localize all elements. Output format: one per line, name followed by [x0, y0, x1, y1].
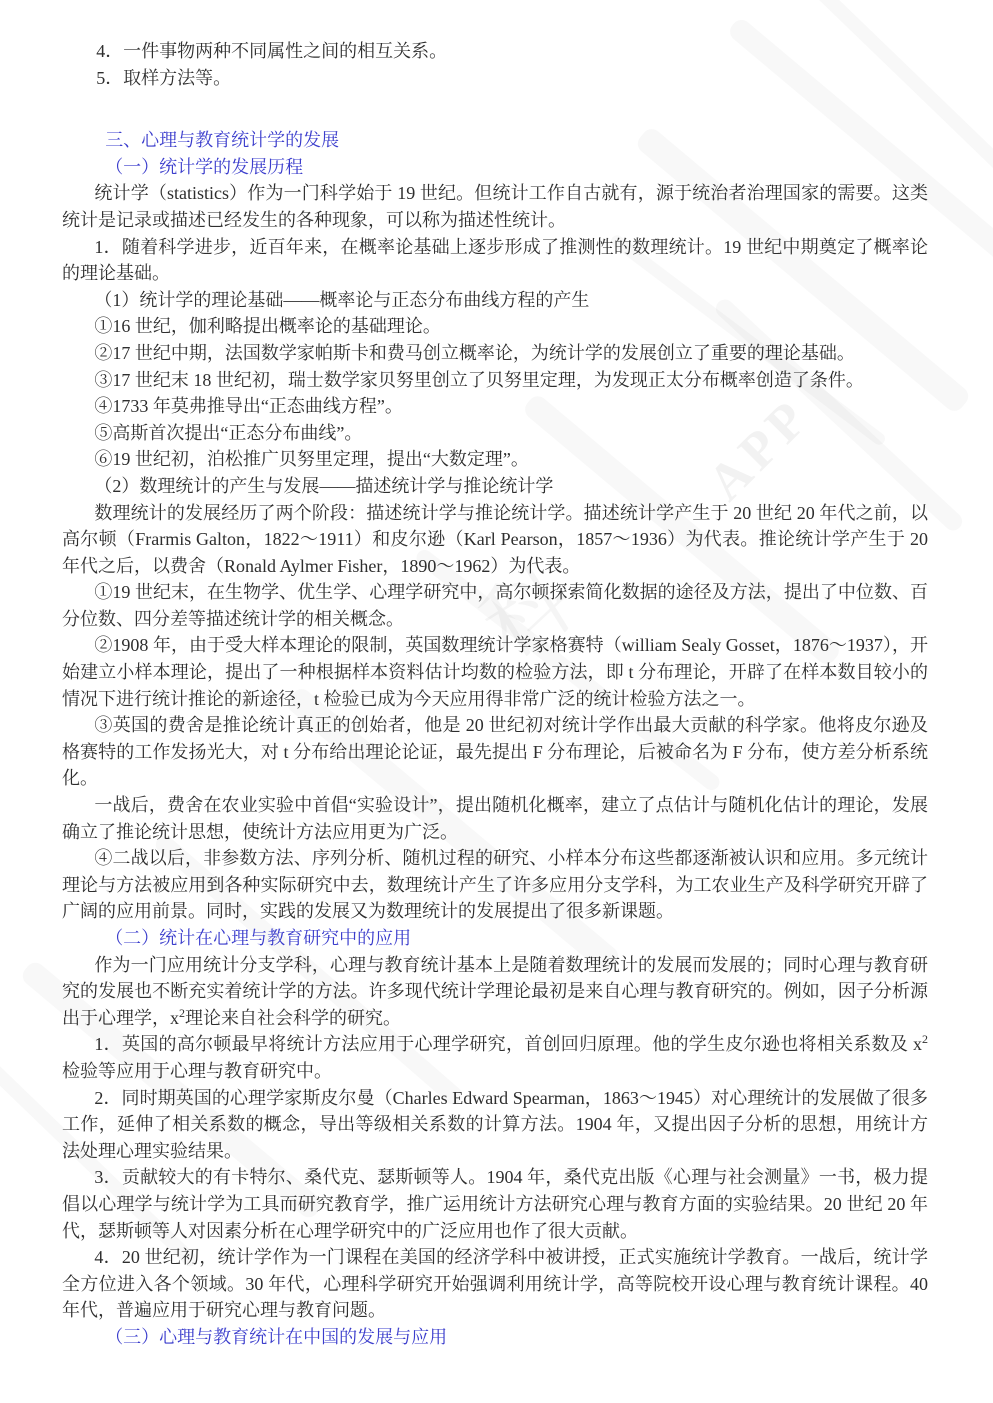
paragraph: ①19 世纪末，在生物学、优生学、心理学研究中，高尔顿探索简化数据的途径及方法，…: [62, 579, 928, 632]
superscript: 2: [922, 1032, 928, 1046]
section-heading: （二）统计在心理与教育研究中的应用: [62, 925, 928, 952]
superscript: 2: [179, 1006, 185, 1020]
document-body: 4．一件事物两种不同属性之间的相互关系。5．取样方法等。三、心理与教育统计学的发…: [62, 38, 928, 1351]
blank-line: [62, 91, 928, 127]
paragraph: 一战后，费舍在农业实验中首倡“实验设计”，提出随机化概率，建立了点估计与随机化估…: [62, 792, 928, 845]
list-item: 4．一件事物两种不同属性之间的相互关系。: [62, 38, 928, 65]
paragraph: 2．同时期英国的心理学家斯皮尔曼（Charles Edward Spearman…: [62, 1085, 928, 1165]
paragraph: （1）统计学的理论基础——概率论与正态分布曲线方程的产生: [62, 287, 928, 314]
list-item: 5．取样方法等。: [62, 65, 928, 92]
paragraph: 作为一门应用统计分支学科，心理与教育统计基本上是随着数理统计的发展而发展的；同时…: [62, 952, 928, 1032]
paragraph: ④二战以后，非参数方法、序列分析、随机过程的研究、小样本分布这些都逐渐被认识和应…: [62, 845, 928, 925]
paragraph: ②17 世纪中期，法国数学家帕斯卡和费马创立概率论，为统计学的发展创立了重要的理…: [62, 340, 928, 367]
paragraph: ②1908 年，由于受大样本理论的限制，英国数理统计学家格赛特（william …: [62, 632, 928, 712]
section-heading: 三、心理与教育统计学的发展: [62, 127, 928, 154]
section-heading: （一）统计学的发展历程: [62, 154, 928, 181]
paragraph: 数理统计的发展经历了两个阶段：描述统计学与推论统计学。描述统计学产生于 20 世…: [62, 500, 928, 580]
paragraph: ⑤高斯首次提出“正态分布曲线”。: [62, 420, 928, 447]
paragraph: ④1733 年莫弗推导出“正态曲线方程”。: [62, 393, 928, 420]
paragraph: 4．20 世纪初，统计学作为一门课程在美国的经济学科中被讲授，正式实施统计学教育…: [62, 1244, 928, 1324]
scanned-document-page: APP 科 4．一件事物两种不同属性之间的相互关系。5．取样方法等。三、心理与教…: [0, 0, 993, 1403]
paragraph: 1．随着科学进步，近百年来，在概率论基础上逐步形成了推测性的数理统计。19 世纪…: [62, 234, 928, 287]
paragraph: 1．英国的高尔顿最早将统计方法应用于心理学研究，首创回归原理。他的学生皮尔逊也将…: [62, 1031, 928, 1084]
paragraph: 3．贡献较大的有卡特尔、桑代克、瑟斯顿等人。1904 年，桑代克出版《心理与社会…: [62, 1164, 928, 1244]
section-heading: （三）心理与教育统计在中国的发展与应用: [62, 1324, 928, 1351]
paragraph: 统计学（statistics）作为一门科学始于 19 世纪。但统计工作自古就有，…: [62, 180, 928, 233]
paragraph: ③17 世纪末 18 世纪初，瑞士数学家贝努里创立了贝努里定理，为发现正太分布概…: [62, 367, 928, 394]
paragraph: ③英国的费舍是推论统计真正的创始者，他是 20 世纪初对统计学作出最大贡献的科学…: [62, 712, 928, 792]
paragraph: ⑥19 世纪初，泊松推广贝努里定理，提出“大数定理”。: [62, 446, 928, 473]
paragraph: ①16 世纪，伽利略提出概率论的基础理论。: [62, 313, 928, 340]
paragraph: （2）数理统计的产生与发展——描述统计学与推论统计学: [62, 473, 928, 500]
